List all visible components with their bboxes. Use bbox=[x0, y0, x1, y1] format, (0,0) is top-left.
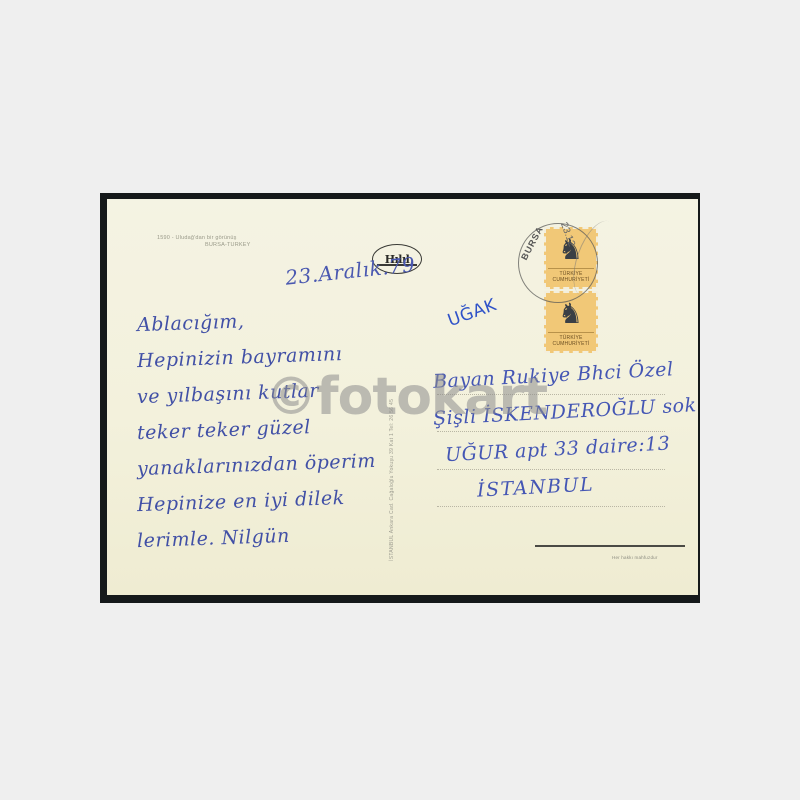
handwritten-message: Ablacığım, Hepinizin bayramını ve yılbaş… bbox=[137, 303, 376, 555]
handwritten-date: 23.Aralık.79 bbox=[284, 252, 416, 290]
postcard: 1590 - Uludağ'dan bir görünüş BURSA-TURK… bbox=[107, 199, 698, 595]
message-line: lerimle. Nilgün bbox=[136, 515, 376, 559]
airmail-note: UĞAK bbox=[445, 295, 499, 331]
publisher-imprint: İSTANBUL Ankara Cad. Cağaloğlu Yokuşu 39… bbox=[389, 311, 401, 561]
photo-caption: 1590 - Uludağ'dan bir görünüş BURSA-TURK… bbox=[157, 235, 251, 249]
signature-line bbox=[535, 545, 685, 547]
caption-line-2: BURSA-TURKEY bbox=[157, 242, 251, 249]
horse-rider-icon: ♞ bbox=[558, 299, 583, 329]
caption-line-1: 1590 - Uludağ'dan bir görünüş bbox=[157, 235, 251, 242]
copyright-note: Her hakkı mahfuzdur bbox=[612, 555, 658, 560]
postcard-frame: 1590 - Uludağ'dan bir görünüş BURSA-TURK… bbox=[100, 193, 700, 603]
recipient-address: Bayan Rukiye Bhci Özel Şişli İSKENDEROĞL… bbox=[433, 357, 697, 505]
stamp-country: TÜRKİYE CUMHURİYETİ bbox=[548, 332, 594, 347]
